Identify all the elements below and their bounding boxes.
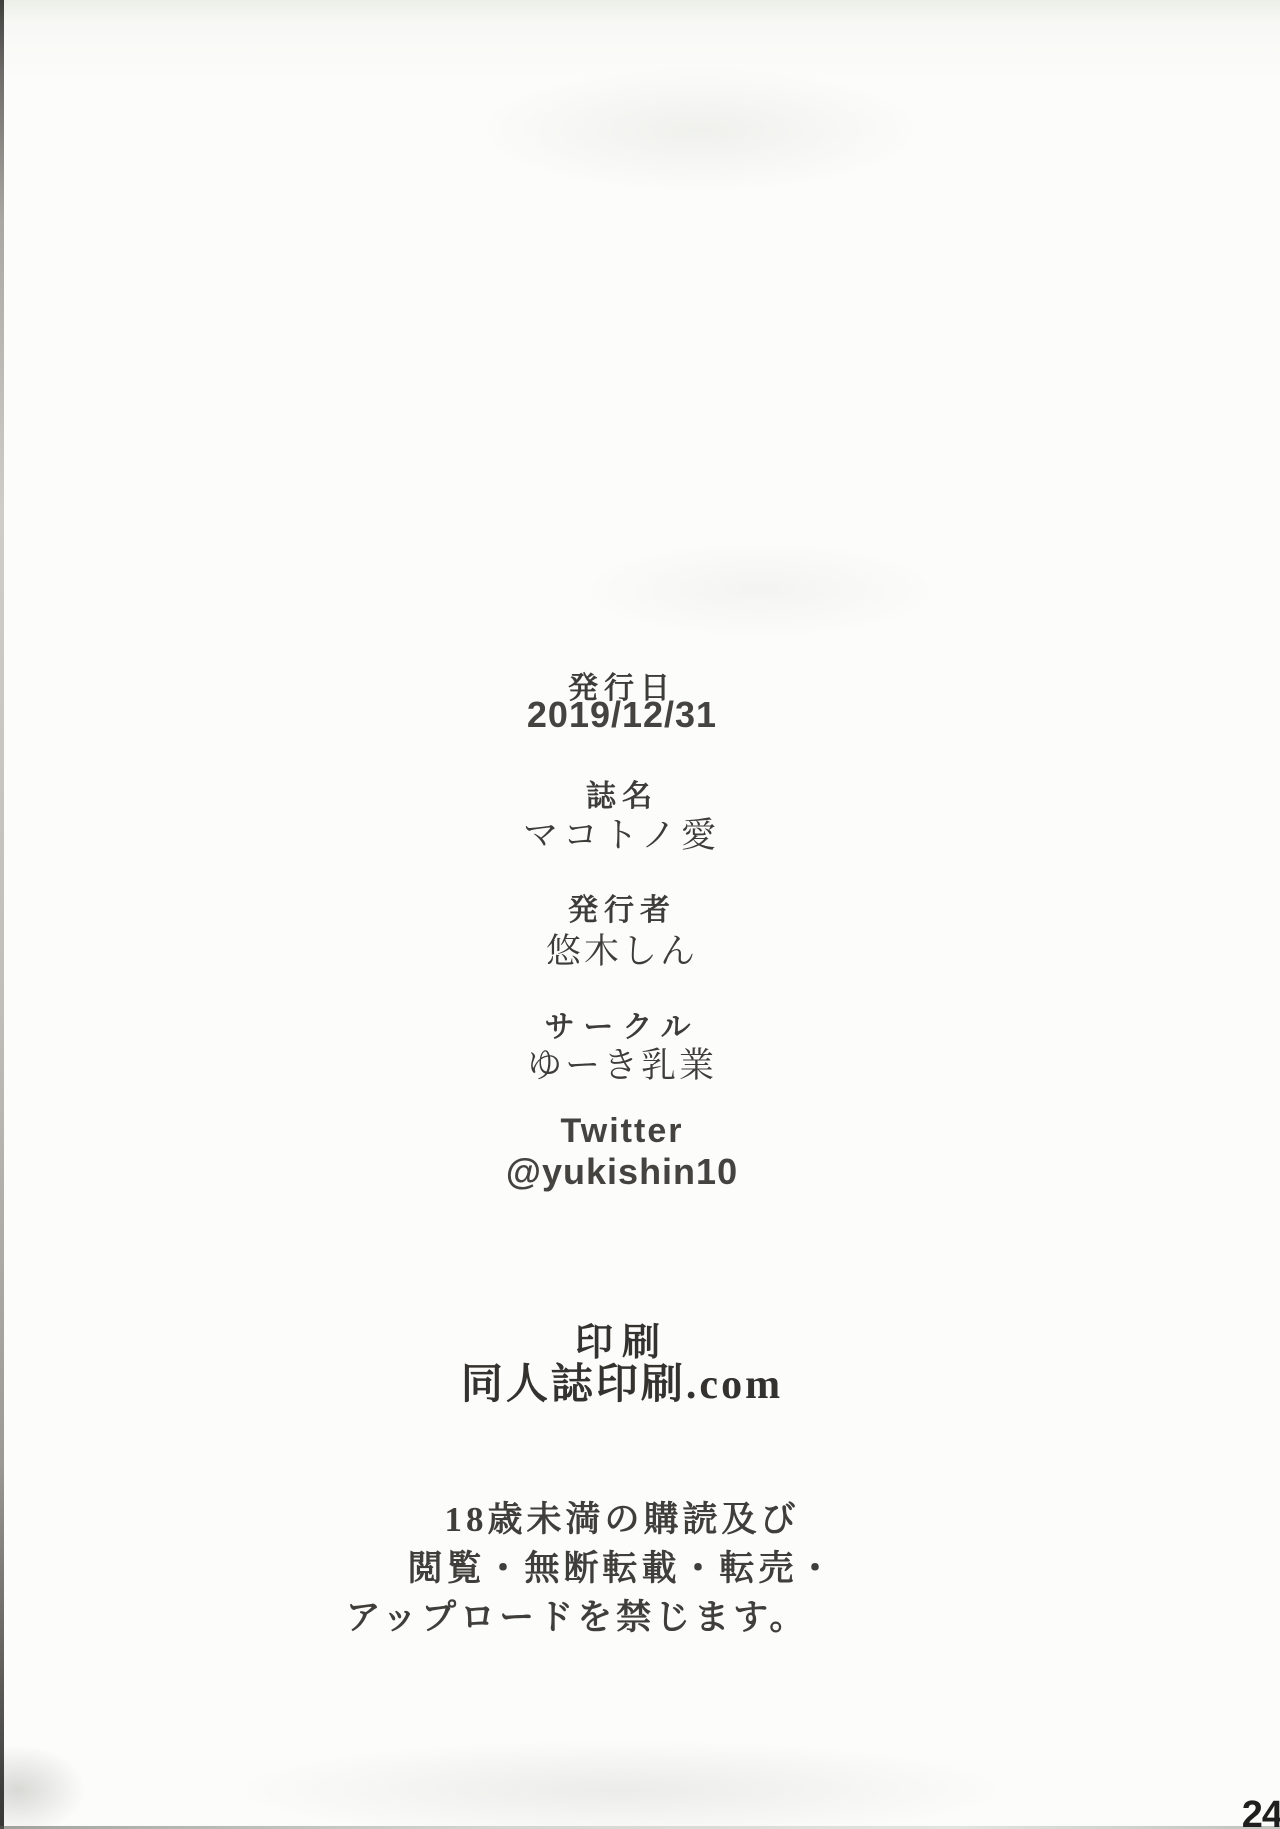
twitter-handle: @yukishin10 <box>0 1151 1244 1193</box>
page-number: 24 <box>1242 1794 1280 1829</box>
age-restriction-notice-line3: アップロードを禁じます。 <box>0 1590 1199 1640</box>
twitter-label: Twitter <box>0 1112 1244 1151</box>
publication-date-value: 2019/12/31 <box>0 694 1244 736</box>
publisher-value: 悠木しん <box>0 924 1244 974</box>
title-value: マコトノ愛 <box>0 808 1244 858</box>
age-restriction-notice-line2: 閲覧・無断転載・転売・ <box>0 1541 1244 1591</box>
printing-company: 同人誌印刷.com <box>0 1351 1244 1411</box>
age-restriction-notice-line1: 18歳未満の購読及び <box>0 1492 1244 1542</box>
publisher-label: 発行者 <box>0 885 1244 929</box>
circle-value: ゆーき乳業 <box>0 1038 1244 1088</box>
scanned-colophon-page: 発行日 2019/12/31 誌名 マコトノ愛 発行者 悠木しん サークル ゆー… <box>0 0 1280 1829</box>
